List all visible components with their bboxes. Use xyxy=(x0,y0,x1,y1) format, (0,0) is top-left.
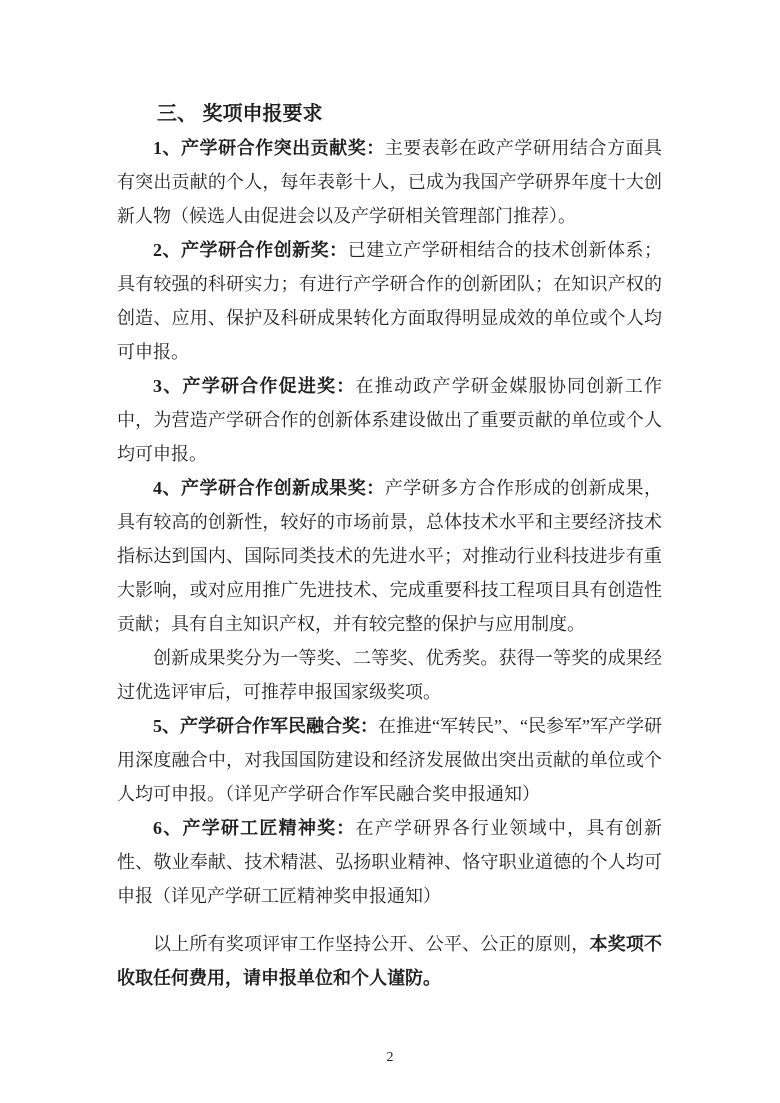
award-6-paragraph: 6、产学研工匠精神奖：在产学研界各行业领域中，具有创新性、敬业奉献、技术精湛、弘… xyxy=(117,811,662,913)
award-5-name: 5、产学研合作军民融合奖： xyxy=(153,716,378,736)
award-3-paragraph: 3、产学研合作促进奖：在推动政产学研金媒服协同创新工作中，为营造产学研合作的创新… xyxy=(117,369,662,471)
award-4-note-paragraph: 创新成果奖分为一等奖、二等奖、优秀奖。获得一等奖的成果经过优选评审后，可推荐申报… xyxy=(117,641,662,709)
award-4-name: 4、产学研合作创新成果奖： xyxy=(153,478,385,498)
document-page: 三、 奖项申报要求 1、产学研合作突出贡献奖：主要表彰在政产学研用结合方面具有突… xyxy=(0,0,780,1103)
award-4-paragraph: 4、产学研合作创新成果奖：产学研多方合作形成的创新成果，具有较高的创新性，较好的… xyxy=(117,471,662,641)
award-4-note-text: 创新成果奖分为一等奖、二等奖、优秀奖。获得一等奖的成果经过优选评审后，可推荐申报… xyxy=(117,648,662,702)
document-body: 三、 奖项申报要求 1、产学研合作突出贡献奖：主要表彰在政产学研用结合方面具有突… xyxy=(117,97,662,995)
award-5-paragraph: 5、产学研合作军民融合奖：在推进“军转民”、“民参军”军产学研用深度融合中，对我… xyxy=(117,709,662,811)
award-1-paragraph: 1、产学研合作突出贡献奖：主要表彰在政产学研用结合方面具有突出贡献的个人，每年表… xyxy=(117,131,662,233)
award-6-name: 6、产学研工匠精神奖： xyxy=(153,818,356,838)
page-number: 2 xyxy=(0,1050,780,1066)
section-title: 三、 奖项申报要求 xyxy=(117,97,662,131)
award-3-name: 3、产学研合作促进奖： xyxy=(153,376,356,396)
closing-text: 以上所有奖项评审工作坚持公开、公平、公正的原则， xyxy=(153,934,589,954)
award-4-description: 产学研多方合作形成的创新成果，具有较高的创新性，较好的市场前景，总体技术水平和主… xyxy=(117,478,662,634)
award-1-name: 1、产学研合作突出贡献奖： xyxy=(153,138,385,158)
award-2-name: 2、产学研合作创新奖： xyxy=(153,240,348,260)
award-2-paragraph: 2、产学研合作创新奖：已建立产学研相结合的技术创新体系；具有较强的科研实力；有进… xyxy=(117,233,662,369)
closing-paragraph: 以上所有奖项评审工作坚持公开、公平、公正的原则，本奖项不收取任何费用，请申报单位… xyxy=(117,927,662,995)
